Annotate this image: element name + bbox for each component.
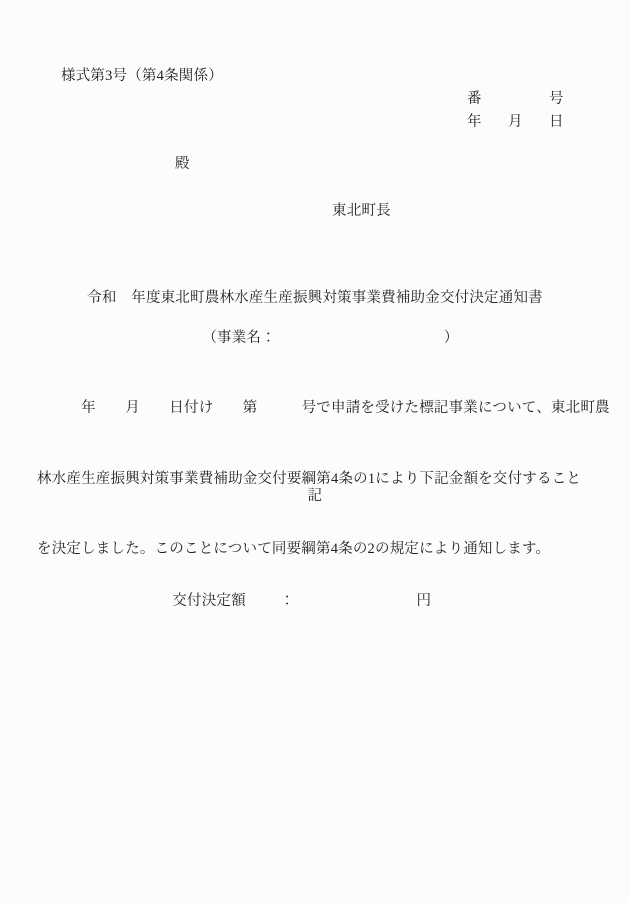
- grant-amount-colon: ：: [280, 593, 295, 609]
- notice-marker: 記: [0, 484, 630, 505]
- sender-name: 東北町長: [332, 199, 391, 220]
- addressee-honorific: 殿: [175, 152, 190, 173]
- project-name-label-open: （事業名：: [202, 330, 276, 346]
- doc-number-suffix-label: 号: [549, 87, 564, 108]
- body-paragraph: 年 月 日付け 第 号で申請を受けた標記事業について、東北町農 林水産生産振興対…: [37, 350, 597, 609]
- document-title: 令和 年度東北町農林水産生産振興対策事業費補助金交付決定通知書: [0, 286, 630, 307]
- body-line-1: 年 月 日付け 第 号で申請を受けた標記事業について、東北町農: [37, 397, 597, 421]
- form-number-label: 様式第3号（第4条関係）: [61, 64, 223, 85]
- project-name-label-close: ）: [444, 330, 459, 346]
- date-month-label: 月: [508, 110, 523, 131]
- date-day-label: 日: [549, 110, 564, 131]
- date-year-label: 年: [467, 110, 482, 131]
- grant-amount-field: 交付決定額：円: [157, 572, 431, 627]
- grant-amount-unit: 円: [417, 593, 432, 609]
- grant-amount-label: 交付決定額: [172, 593, 246, 609]
- doc-number-prefix-label: 番: [467, 87, 482, 108]
- project-name-blank: [276, 341, 444, 342]
- document-page: 様式第3号（第4条関係） 番 号 年 月 日 殿 東北町長 令和 年度東北町農林…: [0, 0, 630, 903]
- body-line-3: を決定しました。このことについて同要綱第4条の2の規定により通知します。: [37, 538, 597, 562]
